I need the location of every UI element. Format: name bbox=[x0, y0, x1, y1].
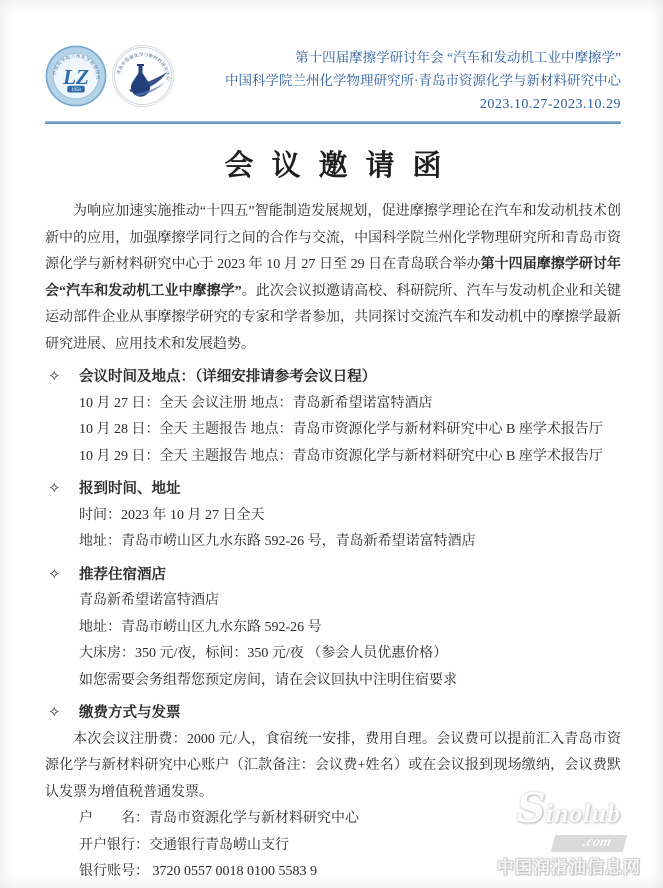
diamond-bullet-icon: ✧ bbox=[45, 364, 79, 391]
schedule-item: 10 月 29 日：全天 主题报告 地点：青岛市资源化学与新材料研究中心 B 座… bbox=[45, 444, 621, 471]
section-time-venue: ✧ 会议时间及地点：（详细安排请参考会议日程） 10 月 27 日：全天 会议注… bbox=[45, 364, 621, 470]
hotel-item: 大床房：350 元/夜，标间：350 元/夜 （参会人员优惠价格） bbox=[45, 641, 621, 668]
section-heading: 缴费方式与发票 bbox=[79, 700, 181, 727]
schedule-item: 10 月 27 日：全天 会议注册 地点：青岛新希望诺富特酒店 bbox=[45, 391, 621, 418]
organizer-logos: 中国科学院兰州化学物理研究所 LZ 1958 青岛市资源化学与新材料研究中心 bbox=[45, 44, 175, 108]
registration-item: 时间：2023 年 10 月 27 日全天 bbox=[45, 503, 621, 530]
payment-paragraph: 本次会议注册费：2000 元/人，食宿统一安排，费用自理。会议费可以提前汇入青岛… bbox=[45, 727, 621, 807]
diamond-bullet-icon: ✧ bbox=[45, 700, 79, 727]
organizers-line: 中国科学院兰州化学物理研究所·青岛市资源化学与新材料研究中心 bbox=[175, 69, 621, 92]
section-heading: 报到时间、地址 bbox=[79, 476, 181, 503]
bank-account-number: 银行账号： 3720 0557 0018 0100 5583 9 bbox=[45, 859, 621, 886]
invitation-page: 中国科学院兰州化学物理研究所 LZ 1958 青岛市资源化学与新材料研究中心 bbox=[0, 0, 663, 888]
lanzhou-logo-monogram: LZ bbox=[62, 65, 89, 89]
schedule-item: 10 月 28 日：全天 主题报告 地点：青岛市资源化学与新材料研究中心 B 座… bbox=[45, 417, 621, 444]
qingdao-center-logo-icon: 青岛市资源化学与新材料研究中心 bbox=[111, 44, 175, 108]
bank-account-name: 户 名：青岛市资源化学与新材料研究中心 bbox=[45, 806, 621, 833]
lanzhou-logo-year: 1958 bbox=[71, 88, 81, 93]
section-heading: 推荐住宿酒店 bbox=[79, 562, 166, 589]
document-title: 会议邀请函 bbox=[45, 146, 621, 186]
header-divider bbox=[45, 121, 621, 124]
diamond-bullet-icon: ✧ bbox=[45, 476, 79, 503]
intro-paragraph: 为响应加速实施推动“十四五”智能制造发展规划，促进摩擦学理论在汽车和发动机技术创… bbox=[45, 199, 621, 358]
header-text-block: 第十四届摩擦学研讨年会 “汽车和发动机工业中摩擦学” 中国科学院兰州化学物理研究… bbox=[175, 44, 621, 116]
section-registration: ✧ 报到时间、地址 时间：2023 年 10 月 27 日全天 地址：青岛市崂山… bbox=[45, 476, 621, 556]
registration-item: 地址：青岛市崂山区九水东路 592-26 号，青岛新希望诺富特酒店 bbox=[45, 529, 621, 556]
section-heading: 会议时间及地点：（详细安排请参考会议日程） bbox=[79, 364, 376, 391]
conference-dates: 2023.10.27-2023.10.29 bbox=[175, 93, 621, 116]
page-header: 中国科学院兰州化学物理研究所 LZ 1958 青岛市资源化学与新材料研究中心 bbox=[45, 44, 621, 116]
hotel-item: 地址：青岛市崂山区九水东路 592-26 号 bbox=[45, 615, 621, 642]
hotel-item: 如您需要会务组帮您预定房间，请在会议回执中注明住宿要求 bbox=[45, 668, 621, 695]
bank-branch: 开户银行：交通银行青岛崂山支行 bbox=[45, 833, 621, 860]
diamond-bullet-icon: ✧ bbox=[45, 562, 79, 589]
section-hotel: ✧ 推荐住宿酒店 青岛新希望诺富特酒店 地址：青岛市崂山区九水东路 592-26… bbox=[45, 562, 621, 695]
hotel-item: 青岛新希望诺富特酒店 bbox=[45, 588, 621, 615]
lanzhou-institute-logo-icon: 中国科学院兰州化学物理研究所 LZ 1958 bbox=[45, 45, 107, 107]
section-payment: ✧ 缴费方式与发票 本次会议注册费：2000 元/人，食宿统一安排，费用自理。会… bbox=[45, 700, 621, 886]
conference-title-line: 第十四届摩擦学研讨年会 “汽车和发动机工业中摩擦学” bbox=[175, 46, 621, 69]
